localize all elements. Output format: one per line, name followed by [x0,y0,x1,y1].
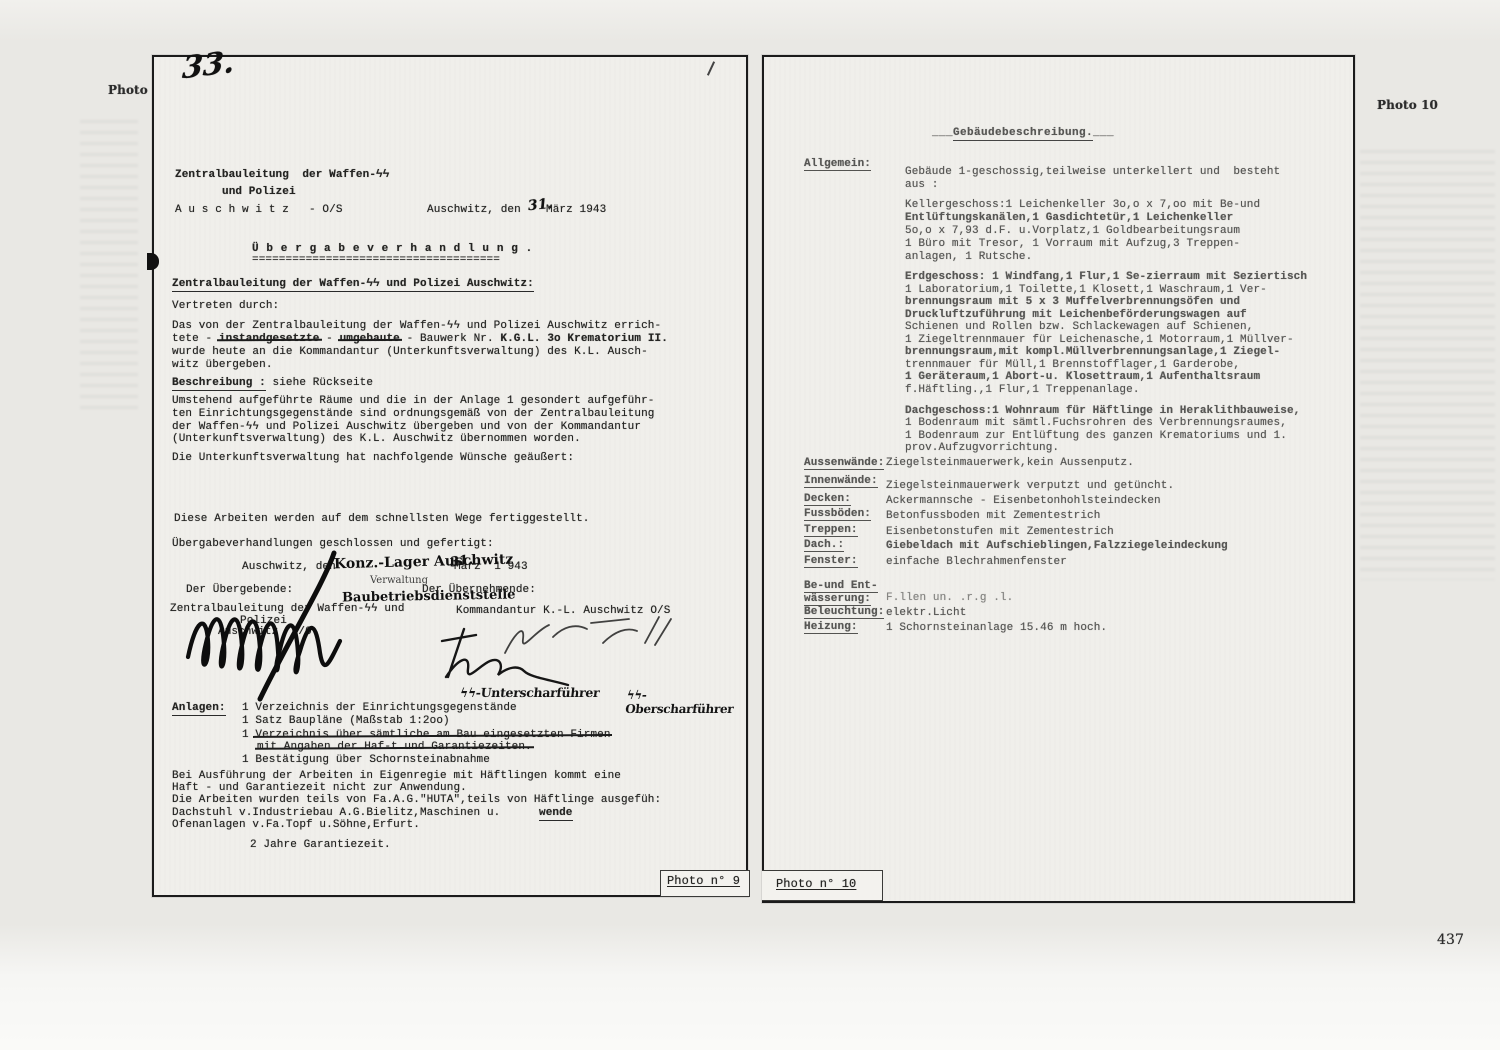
row-value-treppen: Eisenbetonstufen mit Zementestrich [886,526,1114,539]
row-label-beleuchtung: Beleuchtung: [804,606,884,619]
page-number: 437 [1437,934,1464,947]
signature-oberscharfuehrer [499,609,679,674]
dachgeschoss-line-2: 1 Bodenraum mit sämtl.Fuchsrohren des Ve… [905,417,1287,430]
paragraph-1-line-3: wurde heute an die Kommandantur (Unterku… [172,346,648,359]
wishes-line: Die Unterkunftsverwaltung hat nachfolgen… [172,452,574,465]
pen-tick-mark [707,61,715,75]
building-description-title: ___Gebäudebeschreibung.___ [932,127,1114,140]
section-label-allgemein: Allgemein: [804,158,871,171]
row-label-be-und-ent: Be-und Ent- [804,580,878,593]
document-photo-10: ___Gebäudebeschreibung.___ Allgemein: Ge… [762,55,1355,903]
struck-word-umgebaute: umgebaute [340,333,400,345]
struck-attachment-text: Verzeichnis über sämtliche am Bau einges… [255,729,610,741]
erdgeschoss-line-9: 1 Geräteraum,1 Abort-u. Klosettraum,1 Au… [905,371,1260,384]
document-photo-9: 33. Zentralbauleitung der Waffen-ϟϟ und … [152,55,748,897]
signature-uebergebender [174,549,439,714]
letterhead-line-2: und Polizei [222,186,296,199]
margin-label-photo-10: Photo 10 [1377,99,1438,112]
erdgeschoss-line-7: brennungsraum,mit kompl.Müllverbrennungs… [905,346,1280,359]
subject-heading: Zentralbauleitung der Waffen-ϟϟ und Poli… [172,278,534,292]
scan-blob-artifact [147,253,159,270]
receiving-party-label: Der Übernehmende: [422,584,536,597]
text-segment: - Bauwerk Nr. [400,333,501,345]
closing-line-5: Ofenanlagen v.Fa.Topf u.Söhne,Erfurt. [172,819,420,832]
paragraph-2-line-1: Umstehend aufgeführte Räume und die in d… [172,395,654,408]
paragraph-2-line-2: ten Einrichtungsgegenstände sind ordnung… [172,408,654,421]
paragraph-1-line-2: tete - instandgesetzte - umgebaute - Bau… [172,333,668,346]
paragraph-1-line-4: witz übergeben. [172,359,273,372]
bleedthrough-artifact [1360,150,1495,580]
photo-caption-10: Photo n° 10 [776,878,856,891]
photo-caption-box-9: Photo n° 9 [660,870,750,897]
completion-line: Diese Arbeiten werden auf dem schnellste… [174,513,589,526]
row-value-entwaesserung: F.llen un. .r.g .l. [886,592,1013,605]
row-value-fussboeden: Betonfussboden mit Zementestrich [886,510,1100,523]
row-label-waesserung: wässerung: [804,593,871,606]
allgemein-line-2: aus : [905,179,939,192]
keller-line-3: 5o,o x 7,93 d.F. u.Vorplatz,1 Goldbearbe… [905,225,1240,238]
row-label-heizung: Heizung: [804,621,858,634]
title-underline-rule: ===================================== [252,254,500,267]
dachgeschoss-line-4: prov.Aufzugvorrichtung. [905,442,1059,455]
row-value-fenster: einfache Blechrahmenfenster [886,556,1067,569]
handwritten-day-stamped: 31. [449,553,474,569]
photo-caption-box-10: Photo n° 10 [762,870,883,901]
row-value-innenwaende: Ziegelsteinmauerwerk verputzt und getünc… [886,480,1174,493]
photo-caption-9: Photo n° 9 [667,875,740,888]
building-designation: K.G.L. 3o Krematorium II. [500,333,668,345]
keller-line-1: Kellergeschoss:1 Leichenkeller 3o,o x 7,… [905,199,1260,212]
book-page-scan: { "colors": {"paper": "#edebe6", "ink": … [0,0,1500,1050]
wende-note: wende [539,807,573,821]
letterhead-city: A u s c h w i t z - O/S [175,204,343,217]
attachment-item-1: 1 Verzeichnis der Einrichtungsgegenständ… [242,702,517,715]
letterhead-line-1: Zentralbauleitung der Waffen-ϟϟ [175,169,389,182]
text-segment: - [319,333,339,345]
closing-line-3: Die Arbeiten wurden teils von Fa.A.G."HU… [172,794,661,807]
row-label-aussenwaende: Aussenwände: [804,457,884,470]
row-value-aussenwaende: Ziegelsteinmauerwerk,kein Aussenputz. [886,457,1134,470]
keller-line-2: Entlüftungskanälen,1 Gasdichtetür,1 Leic… [905,212,1233,225]
row-value-heizung: 1 Schornsteinanlage 15.46 m hoch. [886,622,1107,635]
keller-line-4: 1 Büro mit Tresor, 1 Vorraum mit Aufzug,… [905,238,1240,251]
date-line-rest: März 1943 [546,204,606,217]
description-label: Beschreibung : [172,377,266,391]
struck-word-instandgesetzte: instandgesetzte [219,333,320,345]
represented-by-line: Vertreten durch: [172,300,279,313]
paragraph-2-line-4: (Unterkunftsverwaltung) des K.L. Auschwi… [172,433,581,446]
attachments-label: Anlagen: [172,702,226,716]
title-dash: ___ [1093,127,1114,139]
row-label-fenster: Fenster: [804,555,858,568]
bleedthrough-artifact [80,120,138,410]
keller-line-5: anlagen, 1 Rutsche. [905,251,1032,264]
erdgeschoss-line-10: f.Häftling.,1 Flur,1 Treppenanlage. [905,384,1140,397]
erdgeschoss-line-3: brennungsraum mit 5 x 3 Muffelverbrennun… [905,296,1240,309]
row-label-dach: Dach.: [804,539,844,552]
erdgeschoss-line-1: Erdgeschoss: 1 Windfang,1 Flur,1 Se-zier… [905,271,1307,284]
text-segment: tete - [172,333,219,345]
attachment-item-4: mit Angaben der Haf-t und Garantiezeiten… [257,741,532,754]
guarantee-line: 2 Jahre Garantiezeit. [250,839,391,852]
paragraph-1-line-1: Das von der Zentralbauleitung der Waffen… [172,320,661,333]
struck-attachment-text: mit Angaben der Haf-t und Garantiezeiten… [257,741,532,753]
attachment-item-5: 1 Bestätigung über Schornsteinabnahme [242,754,490,767]
erdgeschoss-line-5: Schienen und Rollen bzw. Schlackewagen a… [905,321,1253,334]
rank-label-oberscharfuehrer: ϟϟ-Oberscharführer [625,688,748,716]
description-value: siehe Rückseite [266,377,373,389]
date-line-prefix: Auschwitz, den [427,204,521,217]
title-dash: ___ [932,127,953,139]
row-label-decken: Decken: [804,493,851,506]
row-value-dach: Giebeldach mit Aufschieblingen,Falzziege… [886,540,1228,553]
row-label-innenwaende: Innenwände: [804,475,878,488]
handwritten-archive-number: 33. [182,56,235,76]
row-value-beleuchtung: elektr.Licht [886,607,966,620]
allgemein-line-1: Gebäude 1-geschossig,teilweise unterkell… [905,166,1280,179]
row-value-decken: Ackermannsche - Eisenbetonhohlsteindecke… [886,495,1161,508]
row-label-treppen: Treppen: [804,524,858,537]
rank-label-unterscharfuehrer: ϟϟ-Unterscharführer [459,685,600,700]
attachment-item-2: 1 Satz Baupläne (Maßstab 1:2oo) [242,715,450,728]
row-label-fussboeden: Fussböden: [804,508,871,521]
title-text: Gebäudebeschreibung. [953,127,1093,141]
